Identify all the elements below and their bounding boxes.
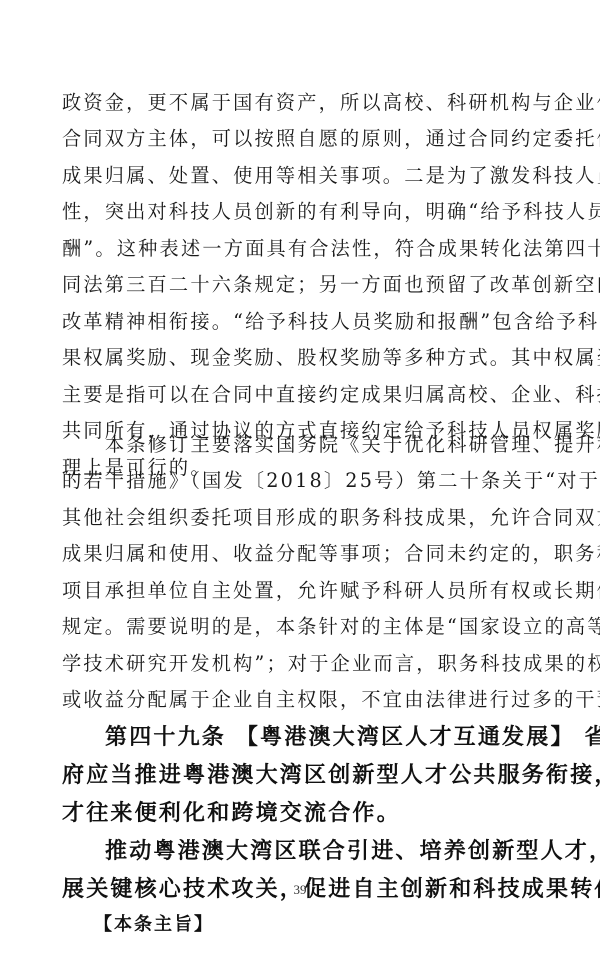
paragraph-1-line: 合同双方主体，可以按照自愿的原则，通过合同约定委托任务形成的 (62, 124, 534, 151)
paragraph-2-line: 本条修订主要落实国务院《关于优化科研管理、提升科研绩效 (62, 430, 534, 457)
article-49-clause-2-line: 推动粤港澳大湾区联合引进、培养创新型人才，联合开 (62, 834, 534, 865)
paragraph-2-line: 项目承担单位自主处置，允许赋予科研人员所有权或长期使用权”的 (62, 576, 534, 603)
paragraph-2-line: 规定。需要说明的是，本条针对的主体是“国家设立的高等院校和科 (62, 612, 534, 639)
article-49-line: 府应当推进粤港澳大湾区创新型人才公共服务衔接，促进人 (62, 758, 534, 789)
paragraph-2-line: 成果归属和使用、收益分配等事项；合同未约定的，职务科技成果由 (62, 539, 534, 566)
document-page: 政资金，更不属于国有资产，所以高校、科研机构与企业作为平等的 合同双方主体，可以… (0, 0, 600, 956)
article-49-line: 才往来便利化和跨境交流合作。 (62, 796, 534, 827)
paragraph-1-line: 政资金，更不属于国有资产，所以高校、科研机构与企业作为平等的 (62, 88, 534, 115)
paragraph-1-line: 酬”。这种表述一方面具有合法性，符合成果转化法第四十四条和合 (62, 234, 534, 261)
paragraph-1-line: 性，突出对科技人员创新的有利导向，明确“给予科技人员奖励和报 (62, 197, 534, 224)
section-heading: 【本条主旨】 (94, 910, 214, 936)
paragraph-1-line: 成果归属、处置、使用等相关事项。二是为了激发科技人员创新积极 (62, 161, 534, 188)
paragraph-1-line: 果权属奖励、现金奖励、股权奖励等多种方式。其中权属奖励的方式， (62, 343, 534, 370)
article-49-line: 第四十九条 【粤港澳大湾区人才互通发展】 省人民政 (62, 720, 534, 751)
paragraph-2-line: 学技术研究开发机构”；对于企业而言，职务科技成果的权属、使用 (62, 649, 534, 676)
paragraph-2-line: 其他社会组织委托项目形成的职务科技成果，允许合同双方自主约定 (62, 503, 534, 530)
paragraph-1-line: 主要是指可以在合同中直接约定成果归属高校、企业、科技人员三方 (62, 380, 534, 407)
paragraph-1-line: 同法第三百二十六条规定；另一方面也预留了改革创新空间，与国家 (62, 270, 534, 297)
page-number: 39 (0, 882, 600, 898)
paragraph-2-line: 或收益分配属于企业自主权限，不宜由法律进行过多的干预。 (62, 685, 534, 712)
paragraph-1-line: 改革精神相衔接。“给予科技人员奖励和报酬”包含给予科技人员成 (62, 307, 534, 334)
paragraph-2-line: 的若干措施》（国发〔2018〕25号）第二十条关于“对于接受企业、 (62, 466, 534, 493)
